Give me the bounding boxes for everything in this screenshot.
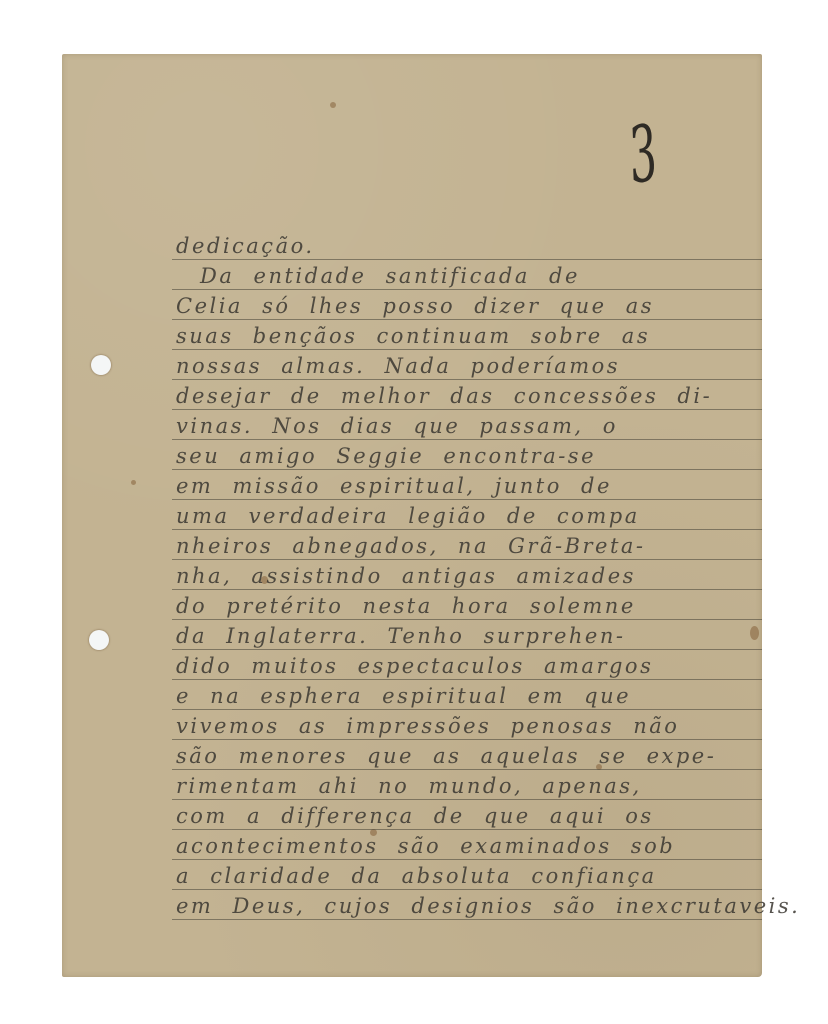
text-line: a claridade da absoluta confiança [176,864,657,888]
text-line: são menores que as aquelas se expe- [176,744,716,768]
ruled-line: uma verdadeira legião de compa [172,500,762,530]
ruled-line: são menores que as aquelas se expe- [172,740,762,770]
text-line: seu amigo Seggie encontra-se [176,444,596,468]
ruled-line: vinas. Nos dias que passam, o [172,410,762,440]
ruled-line: nha, assistindo antigas amizades [172,560,762,590]
text-line: do pretérito nesta hora solemne [176,594,636,618]
ruled-line: a claridade da absoluta confiança [172,860,762,890]
text-line: da Inglaterra. Tenho surprehen- [176,624,625,648]
text-line: nheiros abnegados, na Grã-Breta- [176,534,646,558]
punch-hole-bottom [89,630,109,650]
ruled-line: seu amigo Seggie encontra-se [172,440,762,470]
handwritten-text-block: dedicação. Da entidade santificada de Ce… [172,230,762,920]
text-line: nha, assistindo antigas amizades [176,564,636,588]
text-line: suas bençãos continuam sobre as [176,324,650,348]
text-line: em missão espiritual, junto de [176,474,612,498]
text-line: dedicação. [176,234,315,258]
ruled-line: desejar de melhor das concessões di- [172,380,762,410]
ruled-line: rimentam ahi no mundo, apenas, [172,770,762,800]
text-line: Da entidade santificada de [200,264,580,288]
ruled-line: acontecimentos são examinados sob [172,830,762,860]
ruled-line: com a differença de que aqui os [172,800,762,830]
text-line: desejar de melhor das concessões di- [176,384,712,408]
ruled-line: vivemos as impressões penosas não [172,710,762,740]
text-line: vinas. Nos dias que passam, o [176,414,618,438]
ruled-line: em Deus, cujos designios são inexcrutave… [172,890,762,920]
text-line: uma verdadeira legião de compa [176,504,640,528]
ruled-line: e na esphera espiritual em que [172,680,762,710]
ruled-line: Celia só lhes posso dizer que as [172,290,762,320]
text-line: com a differença de que aqui os [176,804,654,828]
page-number: 3 [628,115,658,196]
text-line: dido muitos espectaculos amargos [176,654,653,678]
text-line: e na esphera espiritual em que [176,684,631,708]
ruled-line: dedicação. [172,230,762,260]
stain-spot [330,102,336,108]
stain-spot [131,480,136,485]
ruled-line: do pretérito nesta hora solemne [172,590,762,620]
ruled-line: nossas almas. Nada poderíamos [172,350,762,380]
text-line: vivemos as impressões penosas não [176,714,679,738]
text-line: Celia só lhes posso dizer que as [176,294,654,318]
text-line: nossas almas. Nada poderíamos [176,354,620,378]
ruled-line: suas bençãos continuam sobre as [172,320,762,350]
punch-hole-top [91,355,111,375]
ruled-line: da Inglaterra. Tenho surprehen- [172,620,762,650]
text-line: em Deus, cujos designios são inexcrutave… [176,894,800,918]
text-line: acontecimentos são examinados sob [176,834,675,858]
ruled-line: dido muitos espectaculos amargos [172,650,762,680]
text-line: rimentam ahi no mundo, apenas, [176,774,642,798]
ruled-line: em missão espiritual, junto de [172,470,762,500]
ruled-line: Da entidade santificada de [172,260,762,290]
ruled-line: nheiros abnegados, na Grã-Breta- [172,530,762,560]
